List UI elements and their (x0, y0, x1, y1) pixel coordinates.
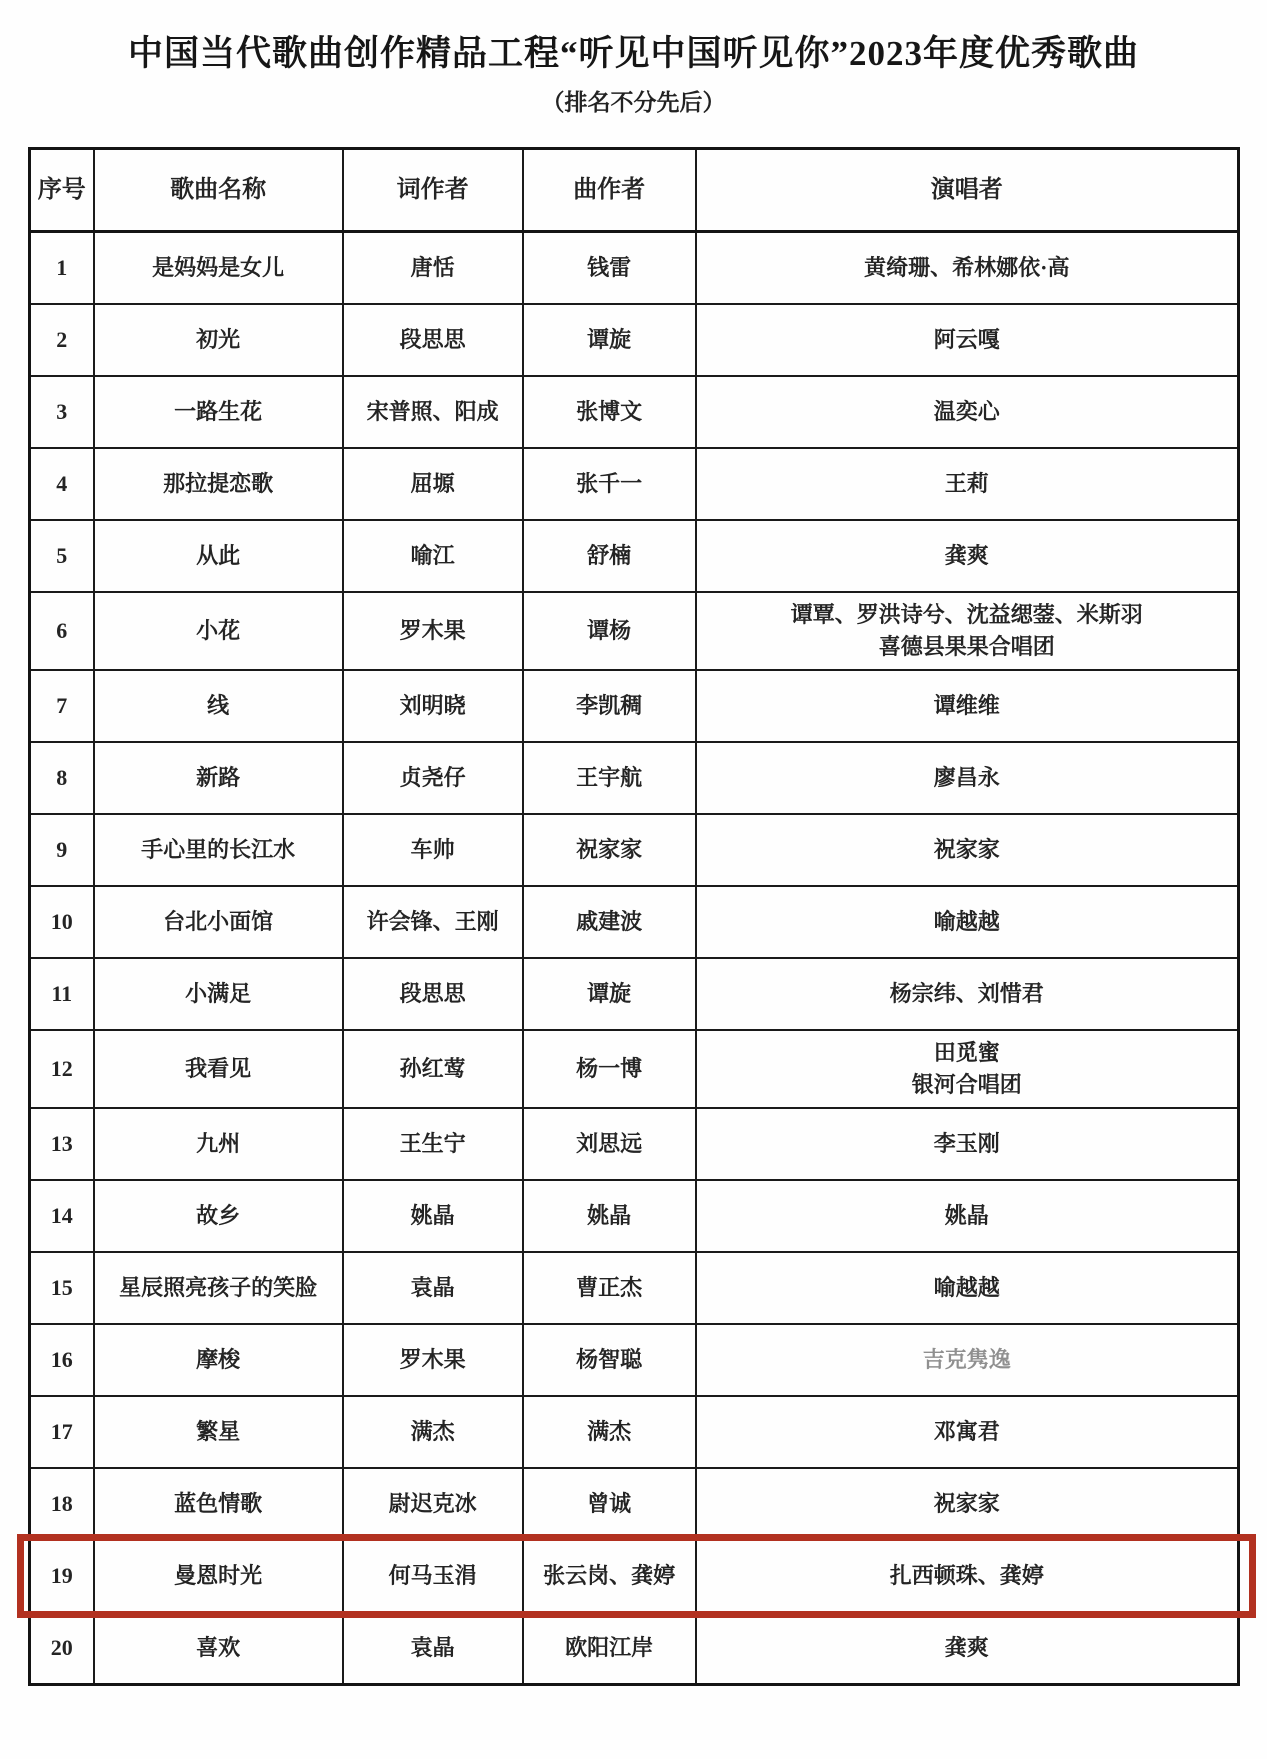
singers-cell: 吉克隽逸 (696, 1324, 1239, 1396)
song-name-cell: 新路 (94, 742, 343, 814)
singer-line: 黄绮珊、希林娜依·高 (701, 252, 1233, 284)
singers-cell: 廖昌永 (696, 742, 1239, 814)
composer-cell: 谭旋 (523, 958, 696, 1030)
composer-cell: 欧阳江岸 (523, 1612, 696, 1685)
table-row: 4那拉提恋歌屈塬张千一王莉 (30, 448, 1239, 520)
singer-line: 阿云嘎 (701, 324, 1233, 356)
singers-cell: 田觅蜜银河合唱团 (696, 1030, 1239, 1108)
table-row: 7线刘明晓李凯稠谭维维 (30, 670, 1239, 742)
lyricist-cell: 宋普照、阳成 (343, 376, 523, 448)
composer-cell: 谭杨 (523, 592, 696, 670)
composer-cell: 王宇航 (523, 742, 696, 814)
singer-line: 银河合唱团 (701, 1069, 1233, 1101)
row-number-cell: 12 (30, 1030, 94, 1108)
singers-cell: 龚爽 (696, 1612, 1239, 1685)
lyricist-cell: 刘明晓 (343, 670, 523, 742)
row-number-cell: 20 (30, 1612, 94, 1685)
singer-line: 王莉 (701, 468, 1233, 500)
singer-line: 喻越越 (701, 906, 1233, 938)
singers-cell: 喻越越 (696, 886, 1239, 958)
singer-line: 温奕心 (701, 396, 1233, 428)
row-number-cell: 4 (30, 448, 94, 520)
header-song-name: 歌曲名称 (94, 149, 343, 232)
song-name-cell: 曼恩时光 (94, 1540, 343, 1612)
singer-line: 龚爽 (701, 1632, 1233, 1664)
table-row: 11小满足段思思谭旋杨宗纬、刘惜君 (30, 958, 1239, 1030)
singers-cell: 邓寓君 (696, 1396, 1239, 1468)
singers-cell: 阿云嘎 (696, 304, 1239, 376)
singer-line: 廖昌永 (701, 762, 1233, 794)
composer-cell: 曹正杰 (523, 1252, 696, 1324)
song-name-cell: 是妈妈是女儿 (94, 232, 343, 305)
singer-line: 祝家家 (701, 1488, 1233, 1520)
composer-cell: 杨一博 (523, 1030, 696, 1108)
singer-line: 谭维维 (701, 690, 1233, 722)
composer-cell: 李凯稠 (523, 670, 696, 742)
song-name-cell: 星辰照亮孩子的笑脸 (94, 1252, 343, 1324)
table-row: 19曼恩时光何马玉涓张云岗、龚婷扎西顿珠、龚婷 (30, 1540, 1239, 1612)
singer-line: 喻越越 (701, 1272, 1233, 1304)
lyricist-cell: 孙红莺 (343, 1030, 523, 1108)
table-row: 16摩梭罗木果杨智聪吉克隽逸 (30, 1324, 1239, 1396)
composer-cell: 张千一 (523, 448, 696, 520)
song-name-cell: 摩梭 (94, 1324, 343, 1396)
singers-cell: 谭覃、罗洪诗兮、沈益缌蓥、米斯羽喜德县果果合唱团 (696, 592, 1239, 670)
song-name-cell: 初光 (94, 304, 343, 376)
lyricist-cell: 姚晶 (343, 1180, 523, 1252)
singer-line: 喜德县果果合唱团 (701, 631, 1233, 663)
singer-line: 李玉刚 (701, 1128, 1233, 1160)
row-number-cell: 7 (30, 670, 94, 742)
singers-cell: 龚爽 (696, 520, 1239, 592)
song-name-cell: 九州 (94, 1108, 343, 1180)
singers-cell: 杨宗纬、刘惜君 (696, 958, 1239, 1030)
singers-cell: 李玉刚 (696, 1108, 1239, 1180)
song-name-cell: 小满足 (94, 958, 343, 1030)
singers-cell: 扎西顿珠、龚婷 (696, 1540, 1239, 1612)
table-row: 6小花罗木果谭杨谭覃、罗洪诗兮、沈益缌蓥、米斯羽喜德县果果合唱团 (30, 592, 1239, 670)
singers-cell: 姚晶 (696, 1180, 1239, 1252)
composer-cell: 祝家家 (523, 814, 696, 886)
singer-line: 吉克隽逸 (701, 1344, 1233, 1376)
singer-line: 邓寓君 (701, 1416, 1233, 1448)
song-name-cell: 故乡 (94, 1180, 343, 1252)
song-name-cell: 线 (94, 670, 343, 742)
lyricist-cell: 喻江 (343, 520, 523, 592)
song-name-cell: 蓝色情歌 (94, 1468, 343, 1540)
song-name-cell: 从此 (94, 520, 343, 592)
composer-cell: 曾诚 (523, 1468, 696, 1540)
singer-line: 田觅蜜 (701, 1037, 1233, 1069)
song-name-cell: 台北小面馆 (94, 886, 343, 958)
singer-line: 杨宗纬、刘惜君 (701, 978, 1233, 1010)
table-row: 12我看见孙红莺杨一博田觅蜜银河合唱团 (30, 1030, 1239, 1108)
document-page: 中国当代歌曲创作精品工程“听见中国听见你”2023年度优秀歌曲 （排名不分先后）… (0, 0, 1267, 1759)
lyricist-cell: 段思思 (343, 304, 523, 376)
singers-cell: 喻越越 (696, 1252, 1239, 1324)
row-number-cell: 13 (30, 1108, 94, 1180)
row-number-cell: 1 (30, 232, 94, 305)
lyricist-cell: 屈塬 (343, 448, 523, 520)
row-number-cell: 3 (30, 376, 94, 448)
singer-line: 谭覃、罗洪诗兮、沈益缌蓥、米斯羽 (701, 599, 1233, 631)
row-number-cell: 9 (30, 814, 94, 886)
singer-line: 姚晶 (701, 1200, 1233, 1232)
header-lyricist: 词作者 (343, 149, 523, 232)
song-name-cell: 我看见 (94, 1030, 343, 1108)
row-number-cell: 15 (30, 1252, 94, 1324)
lyricist-cell: 罗木果 (343, 1324, 523, 1396)
singer-line: 祝家家 (701, 834, 1233, 866)
song-name-cell: 喜欢 (94, 1612, 343, 1685)
header-composer: 曲作者 (523, 149, 696, 232)
composer-cell: 张博文 (523, 376, 696, 448)
singer-line: 龚爽 (701, 540, 1233, 572)
singers-cell: 黄绮珊、希林娜依·高 (696, 232, 1239, 305)
lyricist-cell: 王生宁 (343, 1108, 523, 1180)
table-row: 18蓝色情歌尉迟克冰曾诚祝家家 (30, 1468, 1239, 1540)
songs-table-wrap: 序号 歌曲名称 词作者 曲作者 演唱者 1是妈妈是女儿唐恬钱雷黄绮珊、希林娜依·… (28, 147, 1240, 1686)
lyricist-cell: 袁晶 (343, 1612, 523, 1685)
lyricist-cell: 罗木果 (343, 592, 523, 670)
table-row: 15星辰照亮孩子的笑脸袁晶曹正杰喻越越 (30, 1252, 1239, 1324)
composer-cell: 谭旋 (523, 304, 696, 376)
song-table-body: 1是妈妈是女儿唐恬钱雷黄绮珊、希林娜依·高2初光段思思谭旋阿云嘎3一路生花宋普照… (30, 232, 1239, 1685)
table-row: 1是妈妈是女儿唐恬钱雷黄绮珊、希林娜依·高 (30, 232, 1239, 305)
row-number-cell: 16 (30, 1324, 94, 1396)
table-row: 20喜欢袁晶欧阳江岸龚爽 (30, 1612, 1239, 1685)
row-number-cell: 8 (30, 742, 94, 814)
song-name-cell: 一路生花 (94, 376, 343, 448)
lyricist-cell: 唐恬 (343, 232, 523, 305)
header-index: 序号 (30, 149, 94, 232)
row-number-cell: 5 (30, 520, 94, 592)
table-row: 5从此喻江舒楠龚爽 (30, 520, 1239, 592)
table-row: 8新路贞尧仔王宇航廖昌永 (30, 742, 1239, 814)
composer-cell: 戚建波 (523, 886, 696, 958)
lyricist-cell: 满杰 (343, 1396, 523, 1468)
row-number-cell: 14 (30, 1180, 94, 1252)
singers-cell: 温奕心 (696, 376, 1239, 448)
song-name-cell: 小花 (94, 592, 343, 670)
song-name-cell: 手心里的长江水 (94, 814, 343, 886)
lyricist-cell: 尉迟克冰 (343, 1468, 523, 1540)
header-singer: 演唱者 (696, 149, 1239, 232)
table-row: 10台北小面馆许会锋、王刚戚建波喻越越 (30, 886, 1239, 958)
lyricist-cell: 车帅 (343, 814, 523, 886)
singers-cell: 祝家家 (696, 814, 1239, 886)
song-name-cell: 那拉提恋歌 (94, 448, 343, 520)
document-subtitle: （排名不分先后） (0, 84, 1267, 117)
table-row: 14故乡姚晶姚晶姚晶 (30, 1180, 1239, 1252)
table-row: 3一路生花宋普照、阳成张博文温奕心 (30, 376, 1239, 448)
song-name-cell: 繁星 (94, 1396, 343, 1468)
composer-cell: 刘思远 (523, 1108, 696, 1180)
table-row: 17繁星满杰满杰邓寓君 (30, 1396, 1239, 1468)
table-header-row: 序号 歌曲名称 词作者 曲作者 演唱者 (30, 149, 1239, 232)
row-number-cell: 2 (30, 304, 94, 376)
row-number-cell: 10 (30, 886, 94, 958)
row-number-cell: 17 (30, 1396, 94, 1468)
row-number-cell: 18 (30, 1468, 94, 1540)
singers-cell: 王莉 (696, 448, 1239, 520)
row-number-cell: 11 (30, 958, 94, 1030)
lyricist-cell: 贞尧仔 (343, 742, 523, 814)
singers-cell: 祝家家 (696, 1468, 1239, 1540)
composer-cell: 满杰 (523, 1396, 696, 1468)
composer-cell: 杨智聪 (523, 1324, 696, 1396)
table-row: 2初光段思思谭旋阿云嘎 (30, 304, 1239, 376)
table-row: 13九州王生宁刘思远李玉刚 (30, 1108, 1239, 1180)
lyricist-cell: 段思思 (343, 958, 523, 1030)
lyricist-cell: 许会锋、王刚 (343, 886, 523, 958)
row-number-cell: 19 (30, 1540, 94, 1612)
row-number-cell: 6 (30, 592, 94, 670)
singer-line: 扎西顿珠、龚婷 (701, 1560, 1233, 1592)
composer-cell: 舒楠 (523, 520, 696, 592)
composer-cell: 钱雷 (523, 232, 696, 305)
composer-cell: 张云岗、龚婷 (523, 1540, 696, 1612)
songs-table: 序号 歌曲名称 词作者 曲作者 演唱者 1是妈妈是女儿唐恬钱雷黄绮珊、希林娜依·… (28, 147, 1240, 1686)
composer-cell: 姚晶 (523, 1180, 696, 1252)
table-row: 9手心里的长江水车帅祝家家祝家家 (30, 814, 1239, 886)
document-title: 中国当代歌曲创作精品工程“听见中国听见你”2023年度优秀歌曲 (0, 0, 1267, 76)
singers-cell: 谭维维 (696, 670, 1239, 742)
lyricist-cell: 袁晶 (343, 1252, 523, 1324)
lyricist-cell: 何马玉涓 (343, 1540, 523, 1612)
